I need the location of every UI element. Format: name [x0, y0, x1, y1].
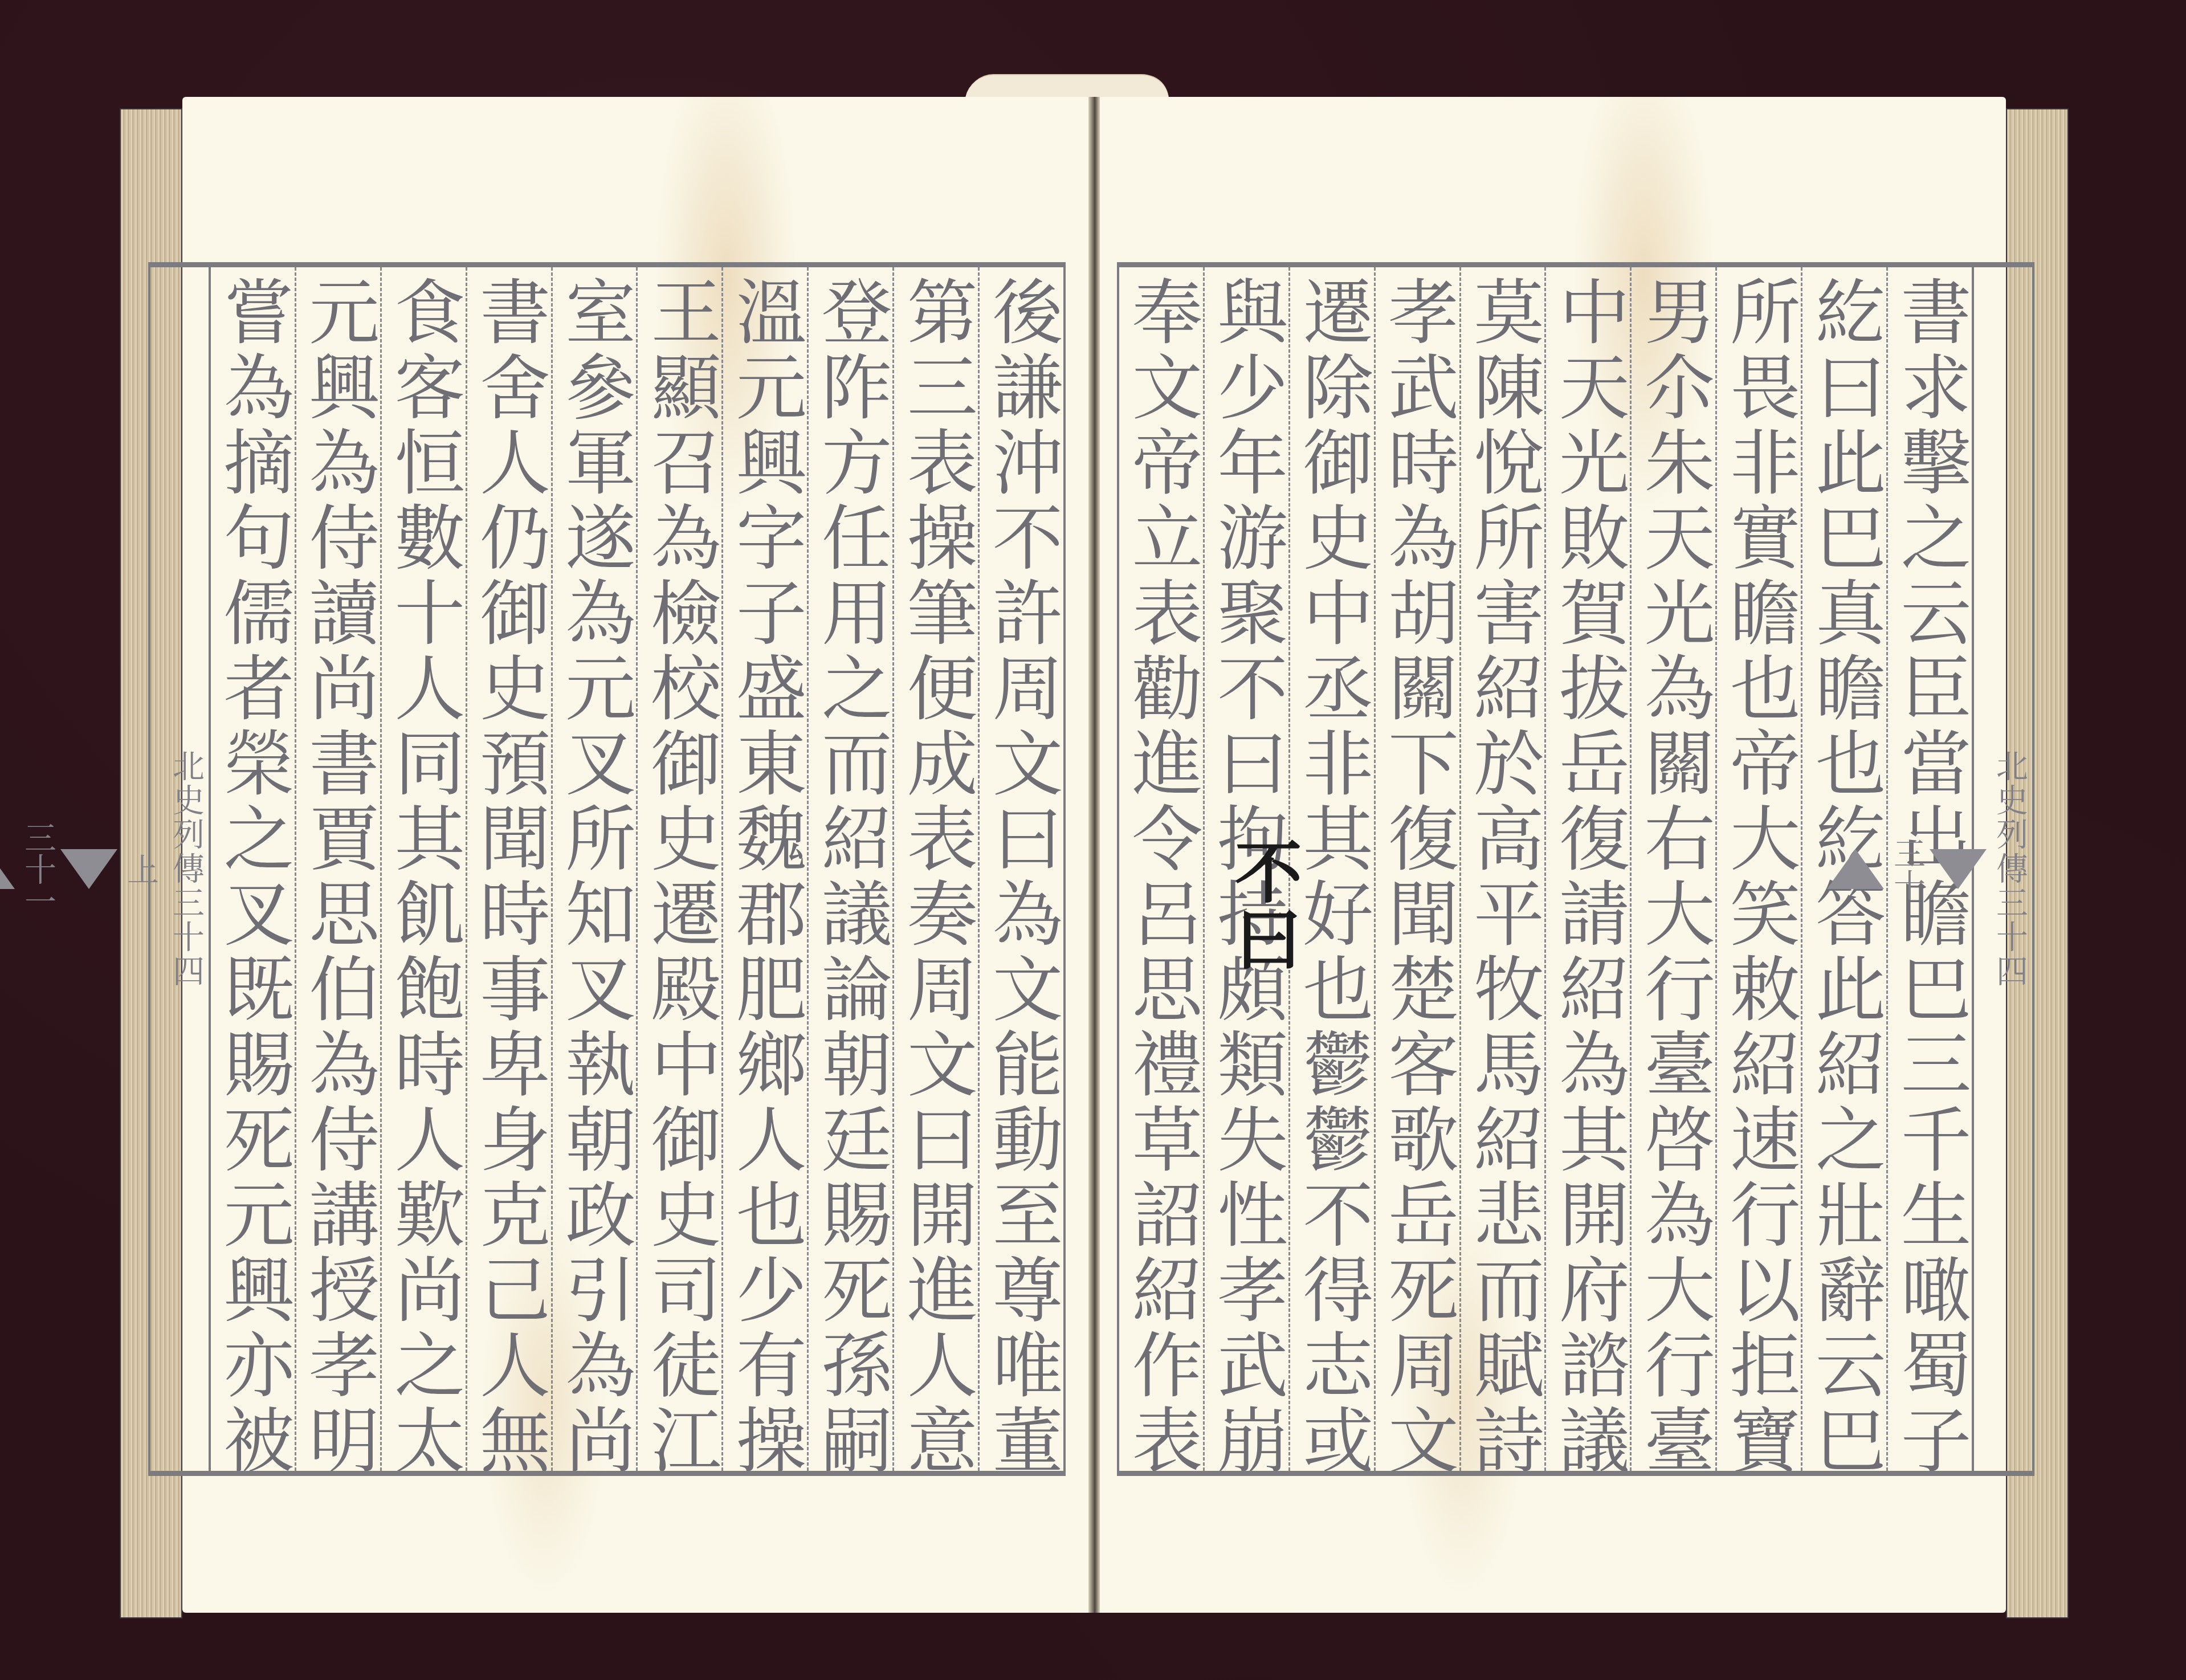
text-column: 中天光敗賀拔岳復請紹為其開府諮議參軍岳後為侯 [1544, 267, 1630, 1471]
text-column: 孝武時為胡關下復聞楚客歌岳死周文帝亦重之及孝武西 [1374, 267, 1459, 1471]
banxin-title: 北史列傳三十四 [163, 738, 209, 1000]
right-banxin: 北史列傳三十四 三十 [1972, 262, 2034, 1476]
text-column: 後謙沖不許周文曰為文能動至尊唯董公耳乃命紹為 [978, 267, 1063, 1471]
right-page: 書求擊之云臣當出瞻巴三千生噉蜀子孝明謂黃門徐 紇曰此巴真瞻也紇答此紹之壯辭云巴人… [1100, 97, 2006, 1613]
left-page: 北史列傳三十四 上 三十一 後謙沖不許周文曰為文能動至尊唯董公耳乃命紹為 第三表… [182, 97, 1088, 1613]
banxin-title: 北史列傳三十四 [1987, 738, 2032, 1000]
text-column: 溫元興字子盛東魏郡肥鄉人也少有操尚舉秀才中尉 [721, 267, 807, 1471]
left-text-frame: 後謙沖不許周文曰為文能動至尊唯董公耳乃命紹為 第三表操筆便成表奏周文曰開進人意不… [211, 262, 1066, 1476]
text-column: 所畏非實瞻也帝大笑敕紹速行以拒寶夤功賞新蔡縣 [1715, 267, 1801, 1471]
text-column: 書舍人仍御史預聞時事卑身克己人無恨焉家素貧約 [466, 267, 551, 1471]
book-spread: 北史列傳三十四 上 三十一 後謙沖不許周文曰為文能動至尊唯董公耳乃命紹為 第三表… [120, 74, 2069, 1624]
book-gutter [1088, 97, 1100, 1613]
left-banxin: 北史列傳三十四 上 三十一 [148, 262, 211, 1476]
text-column: 元興為侍讀尚書賈思伯為侍講授孝明杜氏春秋元興 [295, 267, 380, 1471]
banxin-page-number: 三十一 [15, 810, 60, 928]
text-column: 莫陳悅所害紹於高平牧馬紹悲而賦詩曰走馬山之阿馬渴飲黃河 [1459, 267, 1545, 1471]
text-column: 奉文帝立表勸進令呂思禮草詔紹作表前後奏聞 [1119, 267, 1203, 1471]
text-column: 食客恒數十人同其飢飽時人歎尚之太保崔光臨薨薦 [380, 267, 466, 1471]
text-column: 男尒朱天光為關右大行臺啓為大行臺從事兼吏部郎 [1630, 267, 1715, 1471]
text-column: 室參軍遂為元叉所知叉執朝政引為尚書殿中郎領中 [551, 267, 637, 1471]
fishtail-mark-icon [60, 849, 117, 889]
banxin-section: 上 [117, 853, 163, 885]
text-column: 王顯召為檢校御史遷殿中御史司徒江陽王繼召為記 [636, 267, 721, 1471]
fishtail-mark-icon [0, 849, 15, 889]
text-column: 嘗為摘句儒者榮之叉既賜死元興亦被廢乃為浮薄詩 [211, 267, 295, 1471]
text-column: 第三表操筆便成表奏周文曰開進人意不當如此也及 [892, 267, 978, 1471]
fishtail-mark-icon [1930, 849, 1987, 889]
fishtail-mark-icon [1827, 849, 1884, 889]
banxin-page-number: 三十 [1884, 826, 1930, 912]
handwritten-annotation: 不曰 [1227, 837, 1298, 972]
left-text-columns: 後謙沖不許周文曰為文能動至尊唯董公耳乃命紹為 第三表操筆便成表奏周文曰開進人意不… [211, 267, 1063, 1471]
text-column: 登阼方任用之而紹議論朝廷賜死孫嗣 [807, 267, 892, 1471]
